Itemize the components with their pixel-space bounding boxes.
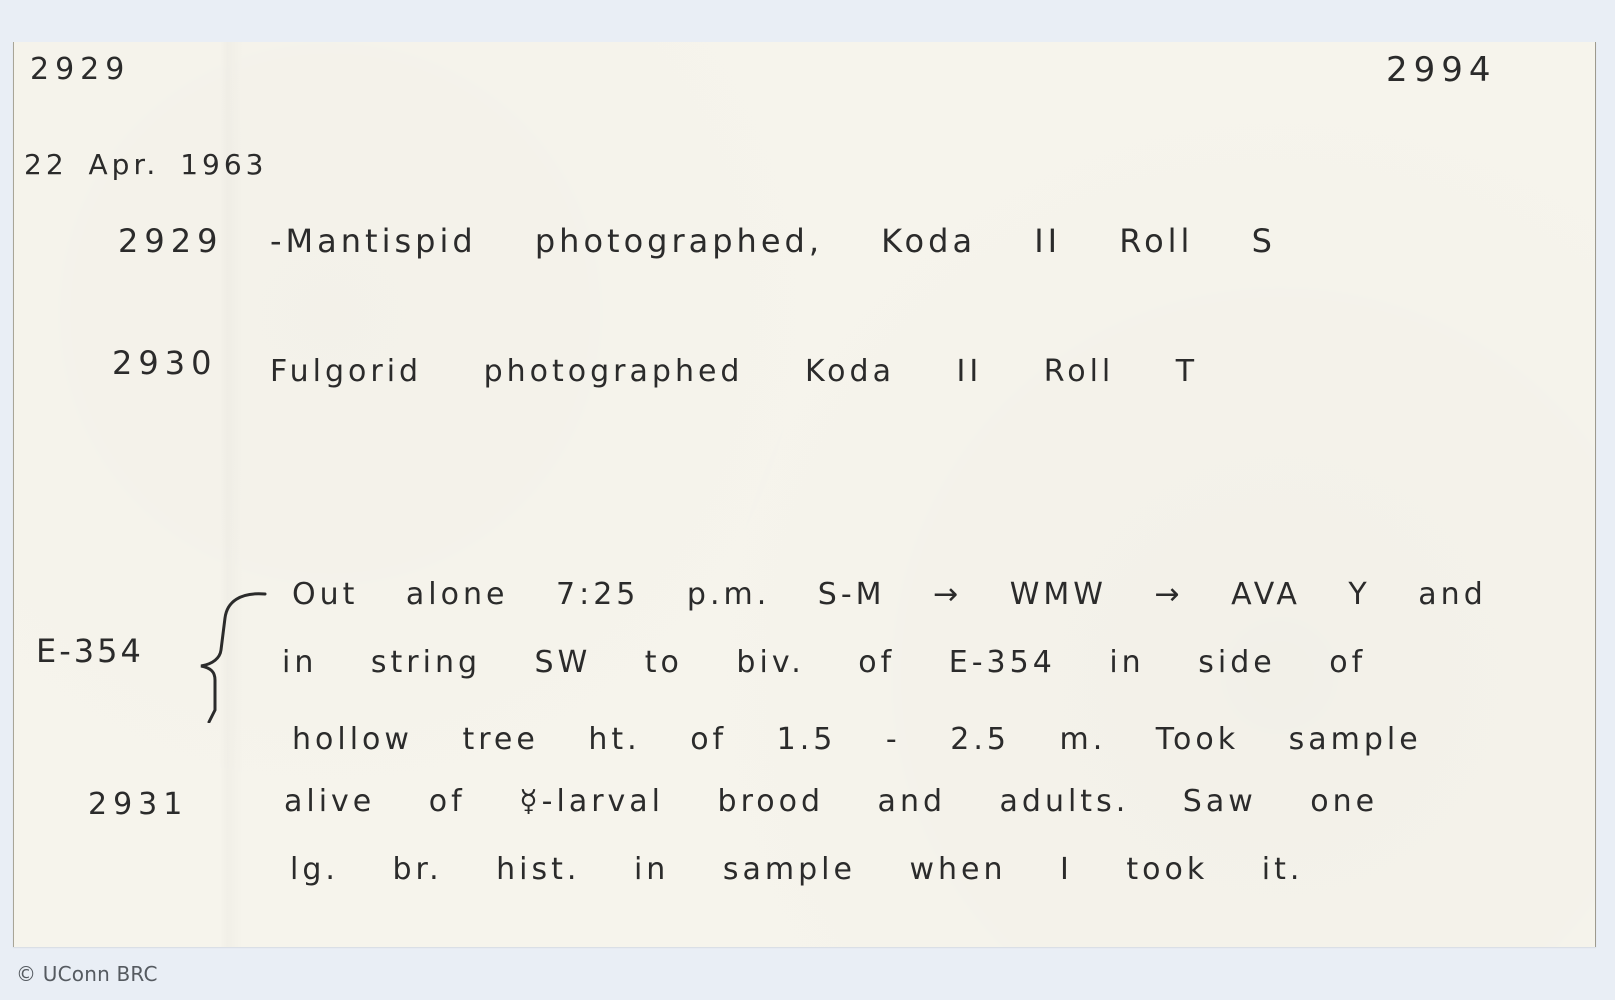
specimen-card: 2929 2994 22 Apr. 1963 2929 -Mantispid p… [13, 42, 1596, 947]
entry-text: -Mantispid photographed, Koda II Roll S [270, 222, 1276, 260]
copyright-notice: © UConn BRC [16, 962, 158, 986]
entry-number: 2929 [118, 222, 223, 260]
field-note-line: hollow tree ht. of 1.5 - 2.5 m. Took sam… [292, 722, 1422, 757]
entry-text: Fulgorid photographed Koda II Roll T [270, 354, 1198, 389]
field-note-line: in string SW to biv. of E-354 in side of [282, 645, 1366, 680]
curly-brace-icon [195, 588, 275, 723]
card-number-left: 2929 [30, 52, 130, 87]
field-note-line: Out alone 7:25 p.m. S-M → WMW → AVA Y an… [292, 577, 1487, 612]
specimen-number: 2931 [88, 787, 188, 822]
entry-number: 2930 [112, 344, 217, 382]
field-note-line: lg. br. hist. in sample when I took it. [290, 852, 1303, 887]
site-code: E-354 [36, 632, 144, 670]
card-number-right: 2994 [1386, 50, 1497, 90]
entry-date: 22 Apr. 1963 [24, 148, 267, 181]
field-note-line: alive of ☿-larval brood and adults. Saw … [284, 784, 1378, 819]
